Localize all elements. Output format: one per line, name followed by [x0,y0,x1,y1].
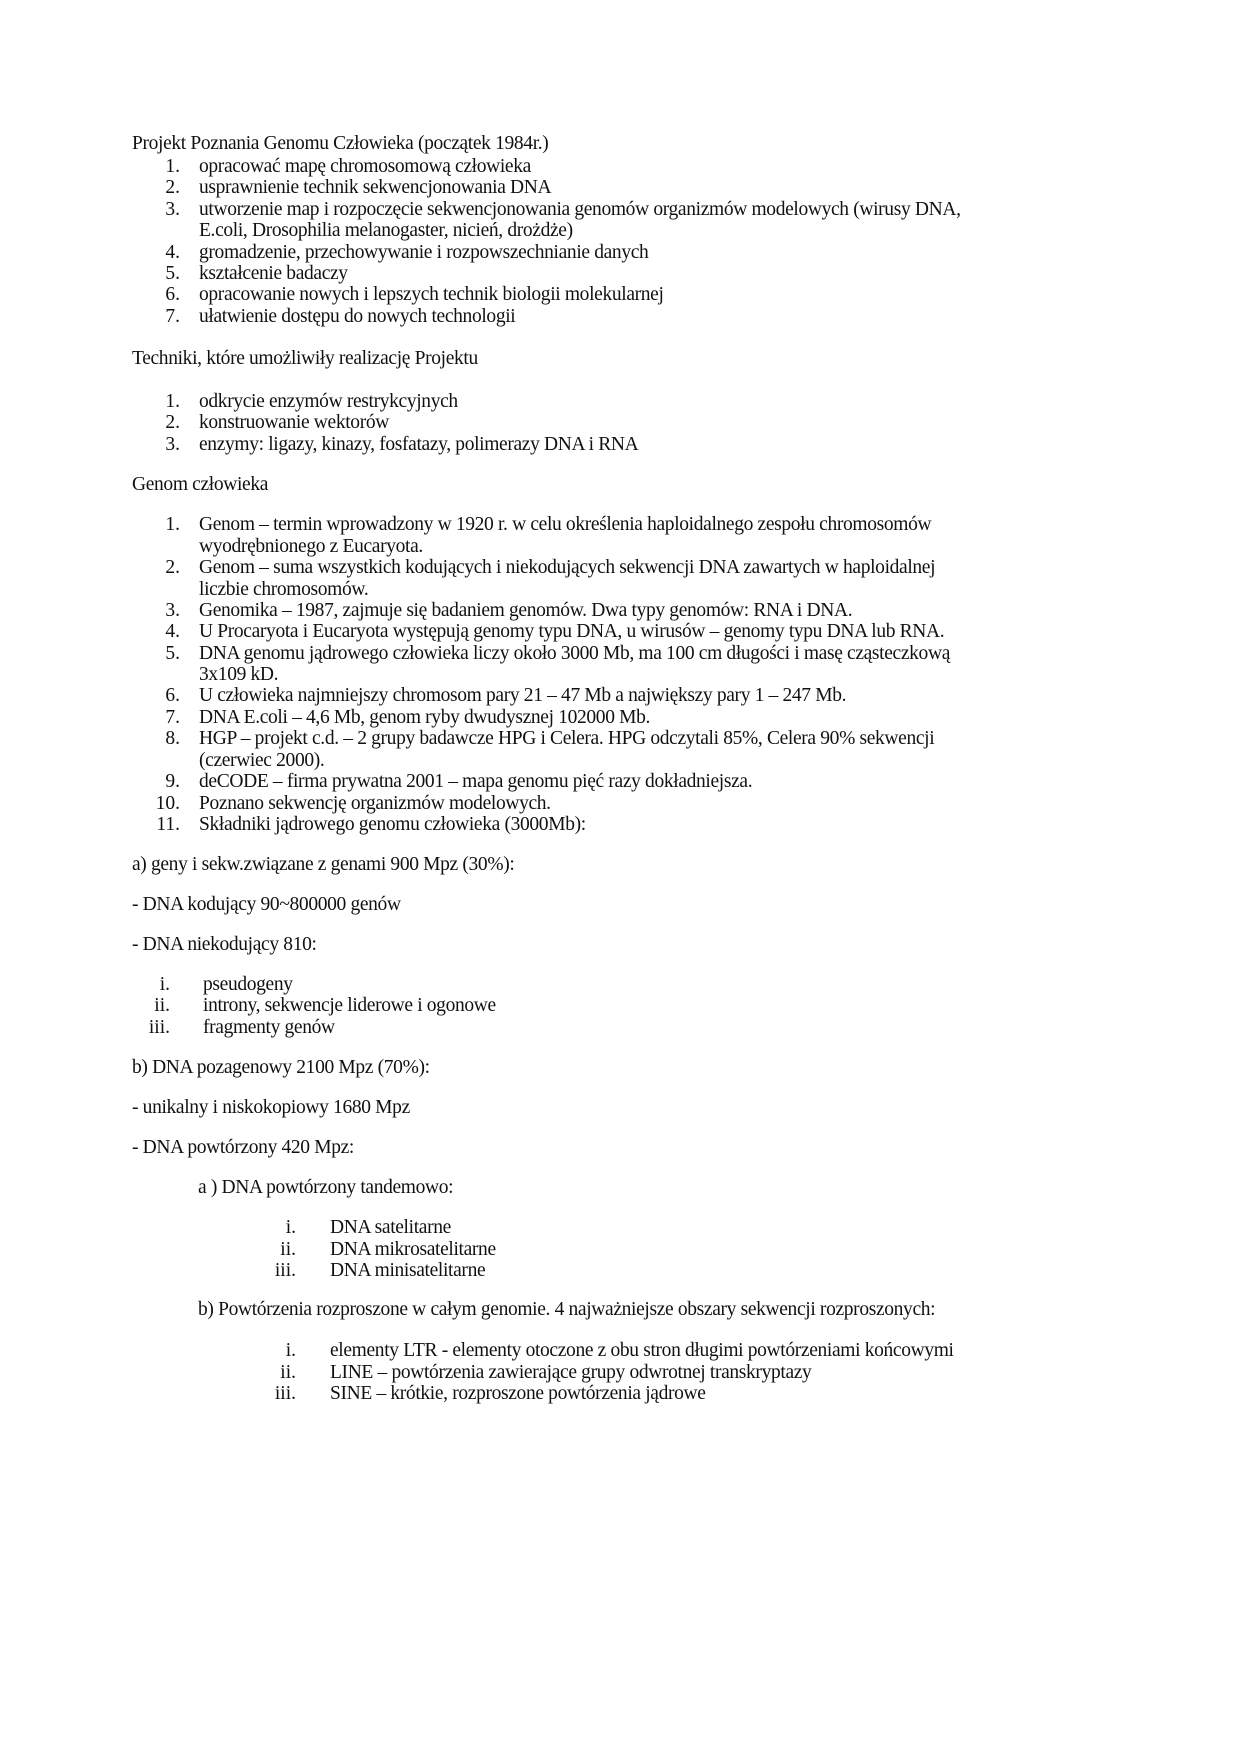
list-item: U Procaryota i Eucaryota występują genom… [199,620,944,644]
list-item: DNA genomu jądrowego człowieka liczy oko… [199,642,950,666]
list-item: HGP – projekt c.d. – 2 grupy badawcze HP… [199,727,934,751]
unique-dna: - unikalny i niskokopiowy 1680 Mpz [132,1096,410,1120]
list-number: 11. [150,813,180,837]
list-number: 5. [150,642,180,666]
list-number: 1. [150,513,180,537]
list-item: deCODE – firma prywatna 2001 – mapa geno… [199,770,752,794]
noncoding-dna: - DNA niekodujący 810: [132,933,317,957]
list-item: usprawnienie technik sekwencjonowania DN… [199,176,551,200]
tandem-heading: a ) DNA powtórzony tandemowo: [198,1176,453,1200]
list-item: ułatwienie dostępu do nowych technologii [199,305,515,329]
part-b-heading: b) DNA pozagenowy 2100 Mpz (70%): [132,1056,430,1080]
list-item: Genom – termin wprowadzony w 1920 r. w c… [199,513,931,537]
roman-number: iii. [266,1382,296,1406]
list-number: 9. [150,770,180,794]
part-a-heading: a) geny i sekw.związane z genami 900 Mpz… [132,853,514,877]
roman-number: iii. [266,1259,296,1283]
roman-number: i. [266,1339,296,1363]
dispersed-heading: b) Powtórzenia rozproszone w całym genom… [198,1298,935,1322]
list-number: 3. [150,433,180,457]
list-item: Genom – suma wszystkich kodujących i nie… [199,556,935,580]
list-number: 6. [150,283,180,307]
list-number: 8. [150,727,180,751]
list-item: DNA satelitarne [330,1216,451,1240]
list-item: U człowieka najmniejszy chromosom pary 2… [199,684,846,708]
list-number: 2. [150,411,180,435]
list-item: konstruowanie wektorów [199,411,389,435]
roman-number: i. [266,1216,296,1240]
section-heading-techniques: Techniki, które umożliwiły realizację Pr… [132,347,478,371]
list-item: introny, sekwencje liderowe i ogonowe [203,994,496,1018]
list-number: 3. [150,198,180,222]
roman-number: ii. [140,994,170,1018]
list-number: 2. [150,556,180,580]
coding-dna: - DNA kodujący 90~800000 genów [132,893,401,917]
list-item: DNA minisatelitarne [330,1259,485,1283]
list-number: 2. [150,176,180,200]
list-number: 4. [150,620,180,644]
list-item: fragmenty genów [203,1016,335,1040]
section-heading-hgp: Projekt Poznania Genomu Człowieka (począ… [132,132,548,156]
list-item: Składniki jądrowego genomu człowieka (30… [199,813,586,837]
repeated-dna: - DNA powtórzony 420 Mpz: [132,1136,354,1160]
document-page: Projekt Poznania Genomu Człowieka (począ… [0,0,1240,1754]
list-item-continuation: E.coli, Drosophilia melanogaster, nicień… [199,219,573,243]
section-heading-genome: Genom człowieka [132,473,268,497]
list-item: SINE – krótkie, rozproszone powtórzenia … [330,1382,706,1406]
list-item: opracowanie nowych i lepszych technik bi… [199,283,664,307]
list-item: elementy LTR - elementy otoczone z obu s… [330,1339,954,1363]
roman-number: iii. [140,1016,170,1040]
list-item: enzymy: ligazy, kinazy, fosfatazy, polim… [199,433,638,457]
list-number: 6. [150,684,180,708]
list-number: 7. [150,305,180,329]
